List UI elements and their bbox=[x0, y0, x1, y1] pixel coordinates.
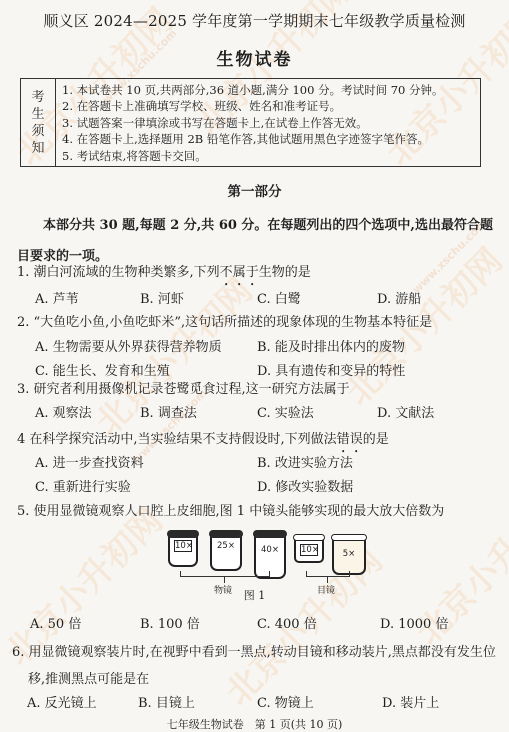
question-2-option-d: D. 具有遗传和变异的特性 bbox=[257, 360, 405, 379]
emphasized-char: 误 bbox=[350, 432, 363, 447]
question-2-option-c: C. 能生长、发育和生殖 bbox=[35, 360, 170, 379]
question-4-option-b: B. 改进实验方法 bbox=[257, 452, 353, 471]
emphasized-char: 不 bbox=[220, 265, 233, 280]
question-2-stem: 2. “大鱼吃小鱼,小鱼吃虾米”,这句话所描述的现象体现的生物基本特征是 bbox=[17, 311, 432, 330]
stem-text: 1. 潮白河流域的生物种类繁多,下列 bbox=[17, 265, 220, 280]
question-1-stem: 1. 潮白河流域的生物种类繁多,下列不属于生物的是 bbox=[17, 261, 311, 280]
question-5-stem: 5. 使用显微镜观察人口腔上皮细胞,图 1 中镜头能够实现的最大放大倍数为 bbox=[17, 500, 444, 519]
notice-items: 1. 本试卷共 10 页,共两部分,36 道小题,满分 100 分。考试时间 7… bbox=[56, 79, 444, 166]
emphasized-char: 于 bbox=[246, 265, 259, 280]
question-6-option-c: C. 物镜上 bbox=[257, 692, 314, 711]
question-4-option-c: C. 重新进行实验 bbox=[35, 476, 131, 495]
exam-subject: 生物试卷 bbox=[0, 45, 509, 70]
question-3-option-d: D. 文献法 bbox=[377, 402, 434, 421]
lens-magnification: 5× bbox=[338, 549, 360, 559]
exam-page: 北京小升初网 北京小升初网 北京小升初网 北京小升初网 北京小升初网 北京小升初… bbox=[0, 0, 509, 732]
question-5-option-d: D. 1000 倍 bbox=[380, 613, 448, 632]
question-1-option-a: A. 芦苇 bbox=[35, 288, 79, 307]
question-3-option-b: B. 调查法 bbox=[140, 402, 197, 421]
notice-label-char: 生 bbox=[31, 106, 44, 123]
notice-label-char: 知 bbox=[31, 140, 44, 157]
question-4-option-d: D. 修改实验数据 bbox=[257, 476, 353, 495]
notice-item: 3. 试题答案一律填涂或书写在答题卡上,在试卷上作答无效。 bbox=[62, 115, 444, 131]
figure-1-caption: 图 1 bbox=[0, 587, 509, 603]
question-4-option-a: A. 进一步查找资料 bbox=[35, 452, 144, 471]
exam-title: 顺义区 2024—2025 学年度第一学期期末七年级教学质量检测 bbox=[0, 10, 509, 31]
question-3-option-a: A. 观察法 bbox=[35, 402, 92, 421]
notice-item: 4. 在答题卡上,选择题用 2B 铅笔作答,其他试题用黑色字迹签字笔作答。 bbox=[62, 131, 444, 147]
question-6-option-a: A. 反光镜上 bbox=[27, 692, 97, 711]
lens-magnification: 10× bbox=[174, 540, 192, 552]
question-6-option-b: B. 目镜上 bbox=[138, 692, 195, 711]
question-6-option-d: D. 装片上 bbox=[382, 692, 439, 711]
question-6-stem-line2: 移,推测黑点可能是在 bbox=[28, 668, 149, 687]
notice-item: 5. 考试结束,将答题卡交回。 bbox=[62, 148, 444, 164]
eyepiece-lens-10x: 10× bbox=[294, 537, 324, 563]
objective-lens-25x: 25× bbox=[210, 533, 242, 571]
notice-label-char: 考 bbox=[31, 89, 44, 106]
emphasized-char: 属 bbox=[233, 265, 246, 280]
question-3-option-c: C. 实验法 bbox=[257, 402, 314, 421]
objective-lens-10x: 10× bbox=[168, 533, 198, 567]
stem-text: 的是 bbox=[363, 432, 389, 447]
question-2-option-a: A. 生物需要从外界获得营养物质 bbox=[35, 336, 222, 355]
notice-label-char: 须 bbox=[31, 123, 44, 140]
question-4-stem: 4 在科学探究活动中,当实验结果不支持假设时,下列做法错误的是 bbox=[17, 428, 389, 447]
question-5-option-b: B. 100 倍 bbox=[140, 613, 200, 632]
notice-item: 1. 本试卷共 10 页,共两部分,36 道小题,满分 100 分。考试时间 7… bbox=[62, 82, 444, 98]
lens-magnification: 10× bbox=[300, 544, 318, 556]
question-2-option-b: B. 能及时排出体内的废物 bbox=[257, 336, 405, 355]
stem-text: 生物的是 bbox=[259, 265, 311, 280]
notice-item: 2. 在答题卡上准确填写学校、班级、姓名和准考证号。 bbox=[62, 98, 444, 114]
stem-text: 4 在科学探究活动中,当实验结果不支持假设时,下列做法 bbox=[17, 432, 337, 447]
lens-magnification: 40× bbox=[260, 545, 280, 555]
question-1-option-c: C. 白鹭 bbox=[257, 288, 301, 307]
question-5-option-c: C. 400 倍 bbox=[257, 613, 317, 632]
lens-magnification: 25× bbox=[216, 541, 236, 551]
question-1-option-b: B. 河虾 bbox=[140, 288, 184, 307]
question-3-stem: 3. 研究者利用摄像机记录苍鹭觅食过程,这一研究方法属于 bbox=[17, 378, 350, 397]
eyepiece-lens-5x: 5× bbox=[332, 537, 366, 575]
question-5-option-a: A. 50 倍 bbox=[30, 613, 81, 632]
candidate-notice-box: 考 生 须 知 1. 本试卷共 10 页,共两部分,36 道小题,满分 100 … bbox=[20, 78, 481, 167]
page-footer: 七年级生物试卷 第 1 页(共 10 页) bbox=[0, 716, 509, 732]
question-6-stem-line1: 6. 用显微镜观察装片时,在视野中看到一黑点,转动目镜和移动装片,黑点都没有发生… bbox=[12, 641, 496, 660]
notice-label: 考 生 须 知 bbox=[21, 79, 56, 166]
emphasized-char: 错 bbox=[337, 432, 350, 447]
question-1-option-d: D. 游船 bbox=[377, 288, 421, 307]
section-title: 第一部分 bbox=[0, 180, 509, 200]
